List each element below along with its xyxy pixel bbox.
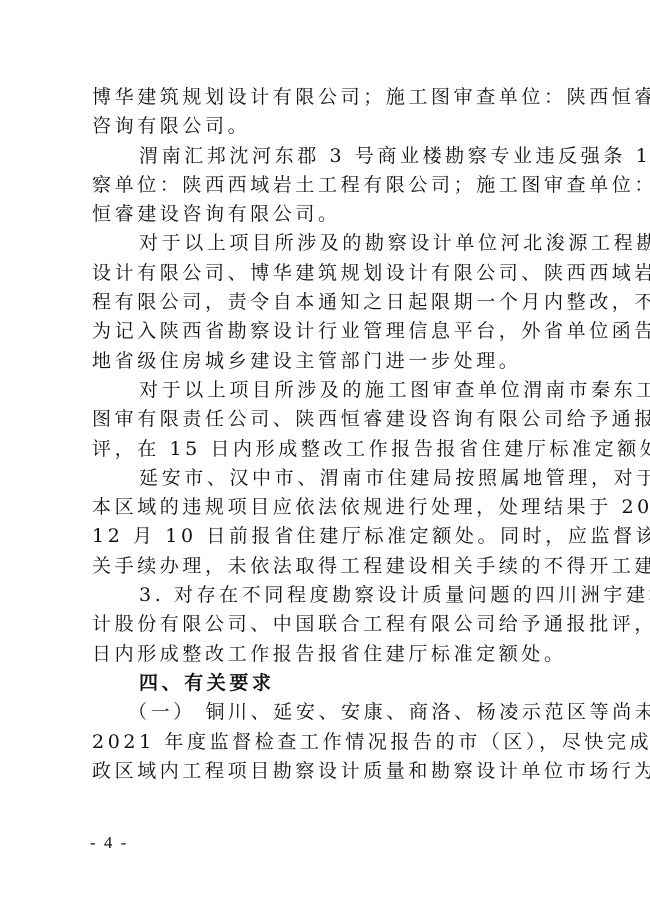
text-line: 对于以上项目所涉及的勘察设计单位河北浚源工程勘察 <box>92 229 568 258</box>
paragraph-requirement-1: （一） 铜川、延安、安康、商洛、杨凌示范区等尚未报送 2021 年度监督检查工作… <box>92 698 568 786</box>
text-line: 3. 对存在不同程度勘察设计质量问题的四川洲宇建筑设 <box>92 581 568 610</box>
text-line: 日内形成整改工作报告报省住建厅标准定额处。 <box>92 640 568 669</box>
text-line: 延安市、汉中市、渭南市住建局按照属地管理，对于涉及 <box>92 464 568 493</box>
text-line: 为记入陕西省勘察设计行业管理信息平台，外省单位函告注册 <box>92 317 568 346</box>
text-line: 对于以上项目所涉及的施工图审查单位渭南市秦东工程 <box>92 376 568 405</box>
document-page: 博华建筑规划设计有限公司；施工图审查单位：陕西恒睿建设 咨询有限公司。 渭南汇邦… <box>0 0 650 919</box>
text-line: 12 月 10 日前报省住建厅标准定额处。同时，应监督该项目相 <box>92 522 568 551</box>
text-line: 本区域的违规项目应依法依规进行处理，处理结果于 2021 年 <box>92 493 568 522</box>
text-line: 2021 年度监督检查工作情况报告的市（区），尽快完成对本行 <box>92 728 568 757</box>
paragraph-local-bureaus: 延安市、汉中市、渭南市住建局按照属地管理，对于涉及 本区域的违规项目应依法依规进… <box>92 464 568 581</box>
text-line: 政区域内工程项目勘察设计质量和勘察设计单位市场行为等 <box>92 757 568 786</box>
section-heading: 四、有关要求 <box>92 669 568 698</box>
text-line: 察单位：陕西西域岩土工程有限公司；施工图审查单位：陕西 <box>92 171 568 200</box>
paragraph-weinan-huibang: 渭南汇邦沈河东郡 3 号商业楼勘察专业违反强条 1 条。勘 察单位：陕西西域岩土… <box>92 142 568 230</box>
text-line: 博华建筑规划设计有限公司；施工图审查单位：陕西恒睿建设 <box>92 83 568 112</box>
text-line: 关手续办理，未依法取得工程建设相关手续的不得开工建设。 <box>92 552 568 581</box>
text-line: 图审有限责任公司、陕西恒睿建设咨询有限公司给予通报批 <box>92 405 568 434</box>
paragraph-review-units: 对于以上项目所涉及的施工图审查单位渭南市秦东工程 图审有限责任公司、陕西恒睿建设… <box>92 376 568 464</box>
section-heading-text: 四、有关要求 <box>92 669 568 698</box>
document-body: 博华建筑规划设计有限公司；施工图审查单位：陕西恒睿建设 咨询有限公司。 渭南汇邦… <box>92 83 568 786</box>
text-line: 设计有限公司、博华建筑规划设计有限公司、陕西西域岩土工 <box>92 259 568 288</box>
paragraph-continuation: 博华建筑规划设计有限公司；施工图审查单位：陕西恒睿建设 咨询有限公司。 <box>92 83 568 142</box>
page-number: - 4 - <box>90 833 128 853</box>
text-line: 程有限公司，责令自本通知之日起限期一个月内整改，不良行 <box>92 288 568 317</box>
text-line: 计股份有限公司、中国联合工程有限公司给予通报批评，在 15 <box>92 610 568 639</box>
text-line: 评，在 15 日内形成整改工作报告报省住建厅标准定额处。 <box>92 435 568 464</box>
text-line: 地省级住房城乡建设主管部门进一步处理。 <box>92 347 568 376</box>
paragraph-item-3: 3. 对存在不同程度勘察设计质量问题的四川洲宇建筑设 计股份有限公司、中国联合工… <box>92 581 568 669</box>
text-line: 恒睿建设咨询有限公司。 <box>92 200 568 229</box>
text-line: 渭南汇邦沈河东郡 3 号商业楼勘察专业违反强条 1 条。勘 <box>92 142 568 171</box>
text-line: （一） 铜川、延安、安康、商洛、杨凌示范区等尚未报送 <box>92 698 568 727</box>
paragraph-survey-units: 对于以上项目所涉及的勘察设计单位河北浚源工程勘察 设计有限公司、博华建筑规划设计… <box>92 229 568 375</box>
text-line: 咨询有限公司。 <box>92 112 568 141</box>
